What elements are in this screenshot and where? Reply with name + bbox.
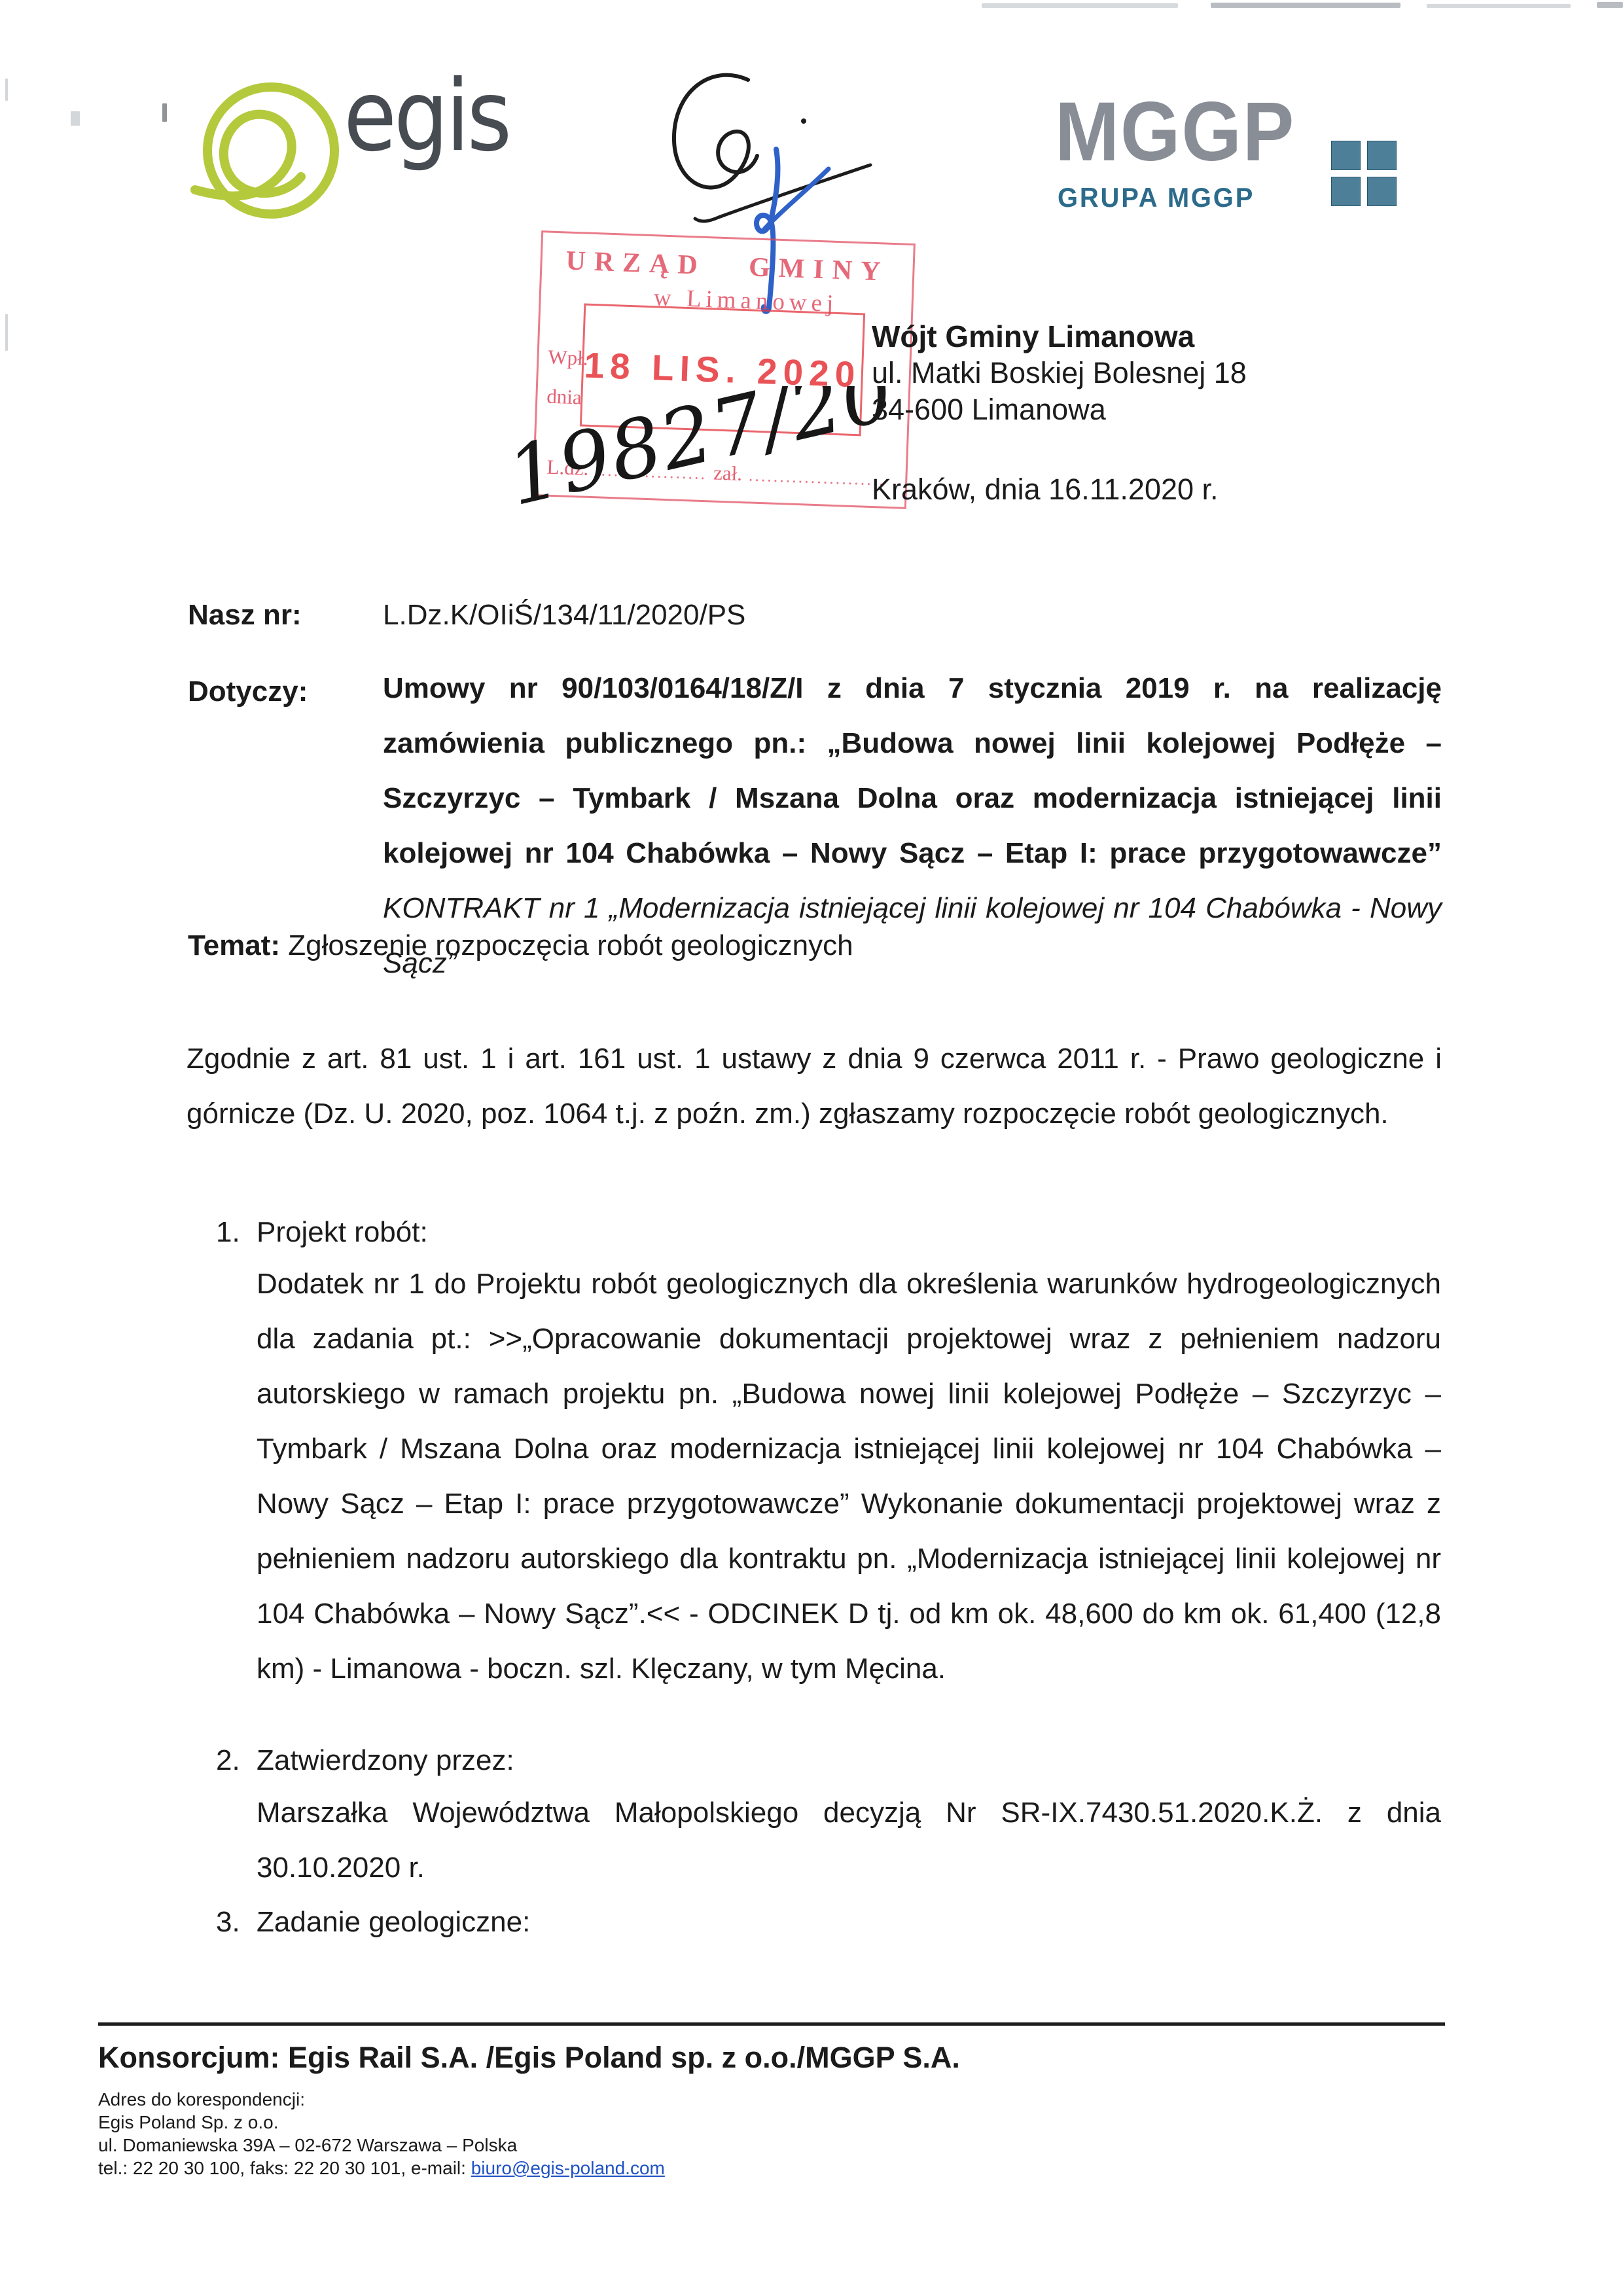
scan-artifact — [162, 103, 167, 122]
footer-company: Egis Poland Sp. z o.o. — [98, 2111, 665, 2134]
scan-artifact — [982, 3, 1178, 8]
footer-address-block: Adres do korespondencji: Egis Poland Sp.… — [98, 2088, 665, 2179]
signature-ink-dot — [801, 118, 806, 124]
footer-street: ul. Domaniewska 39A – 02-672 Warszawa – … — [98, 2134, 665, 2157]
item-1-number: 1. — [216, 1216, 240, 1249]
scanned-letter-page: egis MGGP GRUPA MGGP URZĄD GMINY w Liman… — [0, 0, 1623, 2296]
item-1-title: Projekt robót: — [257, 1216, 428, 1249]
mggp-logo: MGGP GRUPA MGGP — [1055, 93, 1421, 224]
footer-contact-line: tel.: 22 20 30 100, faks: 22 20 30 101, … — [98, 2157, 665, 2179]
item-2-number: 2. — [216, 1744, 240, 1777]
subject-line: Temat: Zgłoszenie rozpoczęcia robót geol… — [188, 929, 853, 962]
reference-label: Nasz nr: — [188, 599, 302, 632]
scan-artifact — [71, 111, 80, 126]
signature-black-paraph — [674, 75, 757, 188]
scan-artifact — [5, 314, 8, 351]
footer-correspondence-label: Adres do korespondencji: — [98, 2088, 665, 2111]
subject-text: Zgłoszenie rozpoczęcia robót geologiczny… — [288, 929, 853, 961]
item-3-title: Zadanie geologiczne: — [257, 1906, 530, 1939]
scan-artifact — [5, 79, 8, 101]
item-2-title: Zatwierdzony przez: — [257, 1744, 514, 1777]
mggp-logo-subtitle: GRUPA MGGP — [1058, 182, 1255, 213]
svg-text:19827/20: 19827/20 — [499, 386, 890, 524]
scan-artifact — [1597, 2, 1623, 8]
scan-artifact — [1211, 3, 1400, 8]
handwritten-register-number: 19827/20 — [484, 386, 890, 556]
footer-consortium: Konsorcjum: Egis Rail S.A. /Egis Poland … — [98, 2041, 960, 2075]
mggp-logo-wordmark: MGGP — [1055, 93, 1295, 171]
regarding-text-bold: Umowy nr 90/103/0164/18/Z/I z dnia 7 sty… — [383, 672, 1442, 869]
footer-tel-fax: tel.: 22 20 30 100, faks: 22 20 30 101, … — [98, 2158, 471, 2178]
item-2-text: Marszałka Województwa Małopolskiego decy… — [257, 1785, 1441, 1895]
regarding-label: Dotyczy: — [188, 675, 308, 708]
subject-label: Temat: — [188, 929, 280, 961]
item-3-number: 3. — [216, 1906, 240, 1939]
recipient-city: 34-600 Limanowa — [872, 391, 1461, 428]
recipient-address-block: Wójt Gminy Limanowa ul. Matki Boskiej Bo… — [872, 318, 1461, 428]
footer-divider — [98, 2022, 1445, 2026]
footer-email-link[interactable]: biuro@egis-poland.com — [471, 2158, 665, 2178]
intro-paragraph: Zgodnie z art. 81 ust. 1 i art. 161 ust.… — [187, 1031, 1442, 1141]
recipient-name: Wójt Gminy Limanowa — [872, 318, 1461, 355]
recipient-street: ul. Matki Boskiej Bolesnej 18 — [872, 355, 1461, 391]
egis-logo-wordmark: egis — [344, 67, 509, 166]
mggp-logo-squares-icon — [1332, 141, 1397, 207]
reference-number: L.Dz.K/OIiŚ/134/11/2020/PS — [383, 599, 745, 632]
scan-artifact — [1427, 4, 1571, 8]
item-1-text: Dodatek nr 1 do Projektu robót geologicz… — [257, 1257, 1441, 1696]
egis-logo: egis — [190, 62, 530, 232]
place-and-date: Kraków, dnia 16.11.2020 r. — [872, 473, 1219, 507]
